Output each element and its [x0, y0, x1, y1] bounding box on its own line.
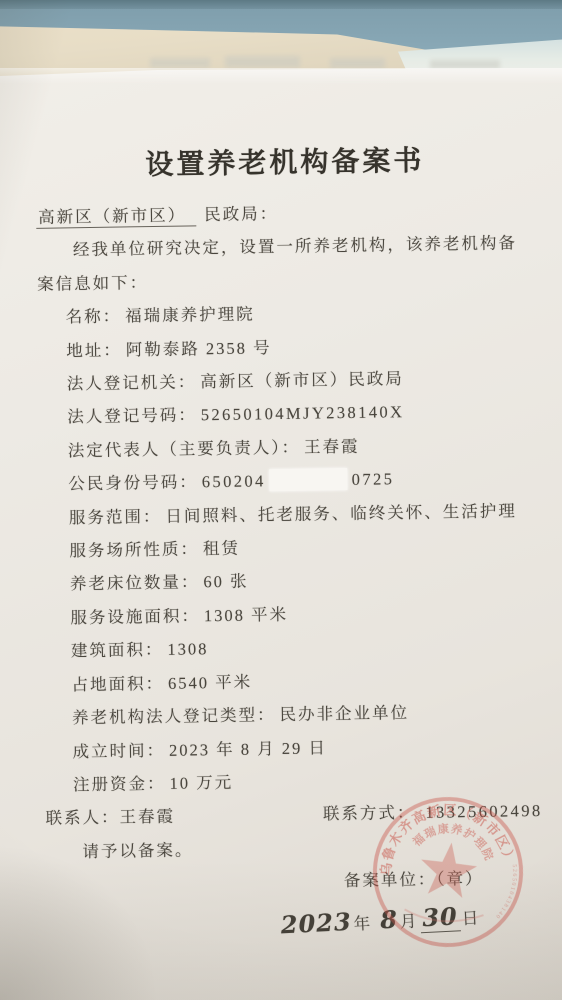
plastic-glare: [225, 56, 300, 68]
plastic-glare: [150, 58, 210, 68]
photo-of-document: 设置养老机构备案书 高新区（新市区）民政局： 经我单位研究决定，设置一所养老机构…: [0, 0, 562, 1000]
table-edge: [0, 0, 562, 9]
seal-smudge: [404, 906, 484, 927]
svg-text:5265010438140: 5265010438140: [493, 862, 519, 922]
contact-person: 联系人：王春霞: [45, 800, 175, 835]
salutation-suffix: 民政局：: [204, 204, 278, 224]
paper-top-edge-highlight: [0, 68, 562, 84]
seal-code-text: 5265010438140: [493, 862, 519, 922]
id-redaction-box: [270, 468, 348, 491]
official-red-seal: 乌鲁木齐高新区（新市区） 福瑞康养护理院 5265010438140: [359, 783, 537, 961]
recipient-blank: 高新区（新市区）: [36, 205, 196, 229]
id-suffix: 0725: [352, 470, 395, 490]
document-title: 设置养老机构备案书: [35, 138, 535, 190]
id-prefix: 650204: [202, 472, 266, 492]
handwritten-year: 2023: [280, 906, 352, 939]
seal-star-icon: [417, 839, 479, 899]
